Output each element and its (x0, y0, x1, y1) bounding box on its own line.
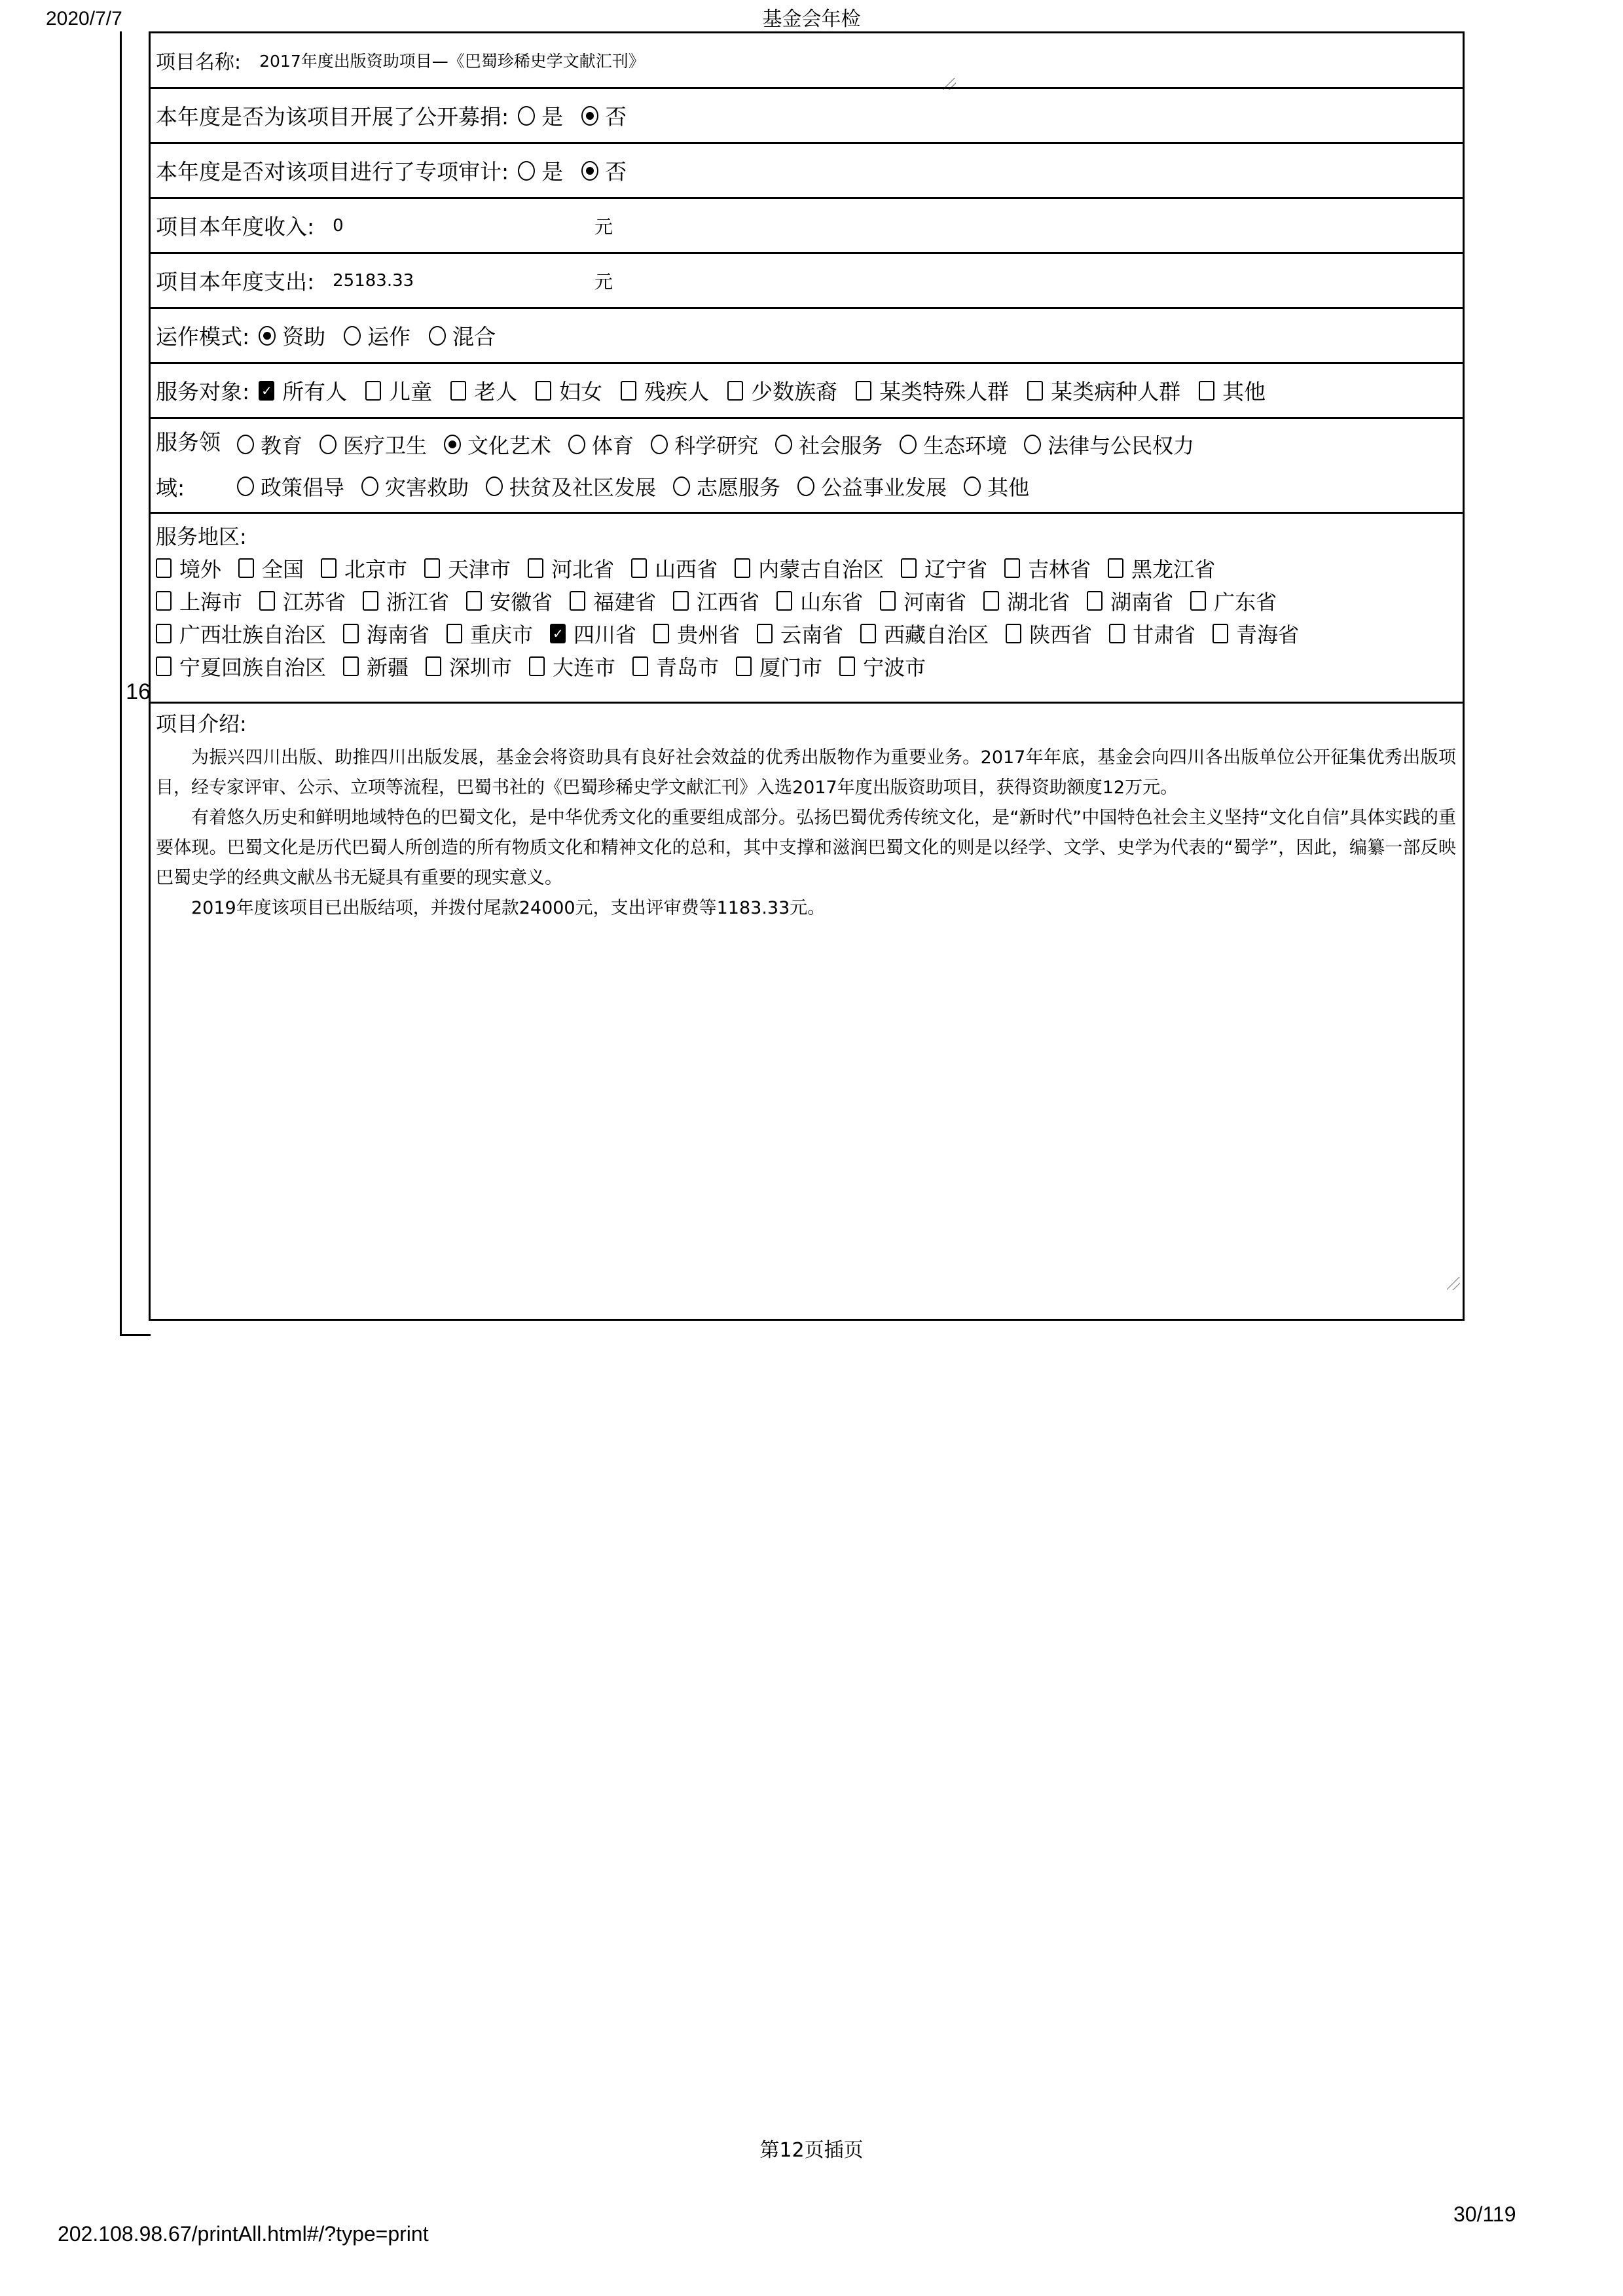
option-label: 儿童 (389, 375, 432, 406)
radio-icon[interactable] (518, 106, 535, 126)
option-label: 湖南省 (1110, 586, 1173, 616)
option-label: 文化艺术 (467, 429, 551, 459)
checkbox-icon[interactable] (736, 656, 752, 676)
document-title: 基金会年检 (0, 3, 1623, 31)
domain-science[interactable]: 科学研究 (651, 429, 758, 459)
radio-icon[interactable] (964, 476, 981, 496)
expenditure-value[interactable]: 25183.33 (333, 271, 414, 291)
radio-selected-icon[interactable] (444, 435, 461, 454)
region-heilongjiang[interactable]: 黑龙江省 (1108, 553, 1215, 583)
region-shenzhen[interactable]: 深圳市 (426, 651, 512, 681)
option-label: 内蒙古自治区 (758, 553, 884, 583)
region-dalian[interactable]: 大连市 (529, 651, 615, 681)
option-label: 宁波市 (863, 651, 926, 681)
domain-healthcare[interactable]: 医疗卫生 (319, 429, 427, 459)
checkbox-icon[interactable] (156, 624, 172, 643)
radio-icon[interactable] (518, 161, 535, 181)
radio-icon[interactable] (429, 326, 446, 346)
checkbox-icon[interactable] (880, 591, 896, 611)
radio-icon[interactable] (797, 476, 814, 496)
region-anhui[interactable]: 安徽省 (466, 586, 553, 616)
region-yunnan[interactable]: 云南省 (757, 619, 843, 649)
checkbox-checked-icon[interactable] (550, 624, 566, 643)
checkbox-icon[interactable] (1108, 558, 1123, 578)
domain-label-line2: 域: (156, 465, 228, 511)
region-shaanxi[interactable]: 陕西省 (1006, 619, 1092, 649)
option-label: 海南省 (367, 619, 429, 649)
checkbox-icon[interactable] (1027, 381, 1043, 401)
radio-icon[interactable] (319, 435, 337, 454)
option-label: 重庆市 (470, 619, 533, 649)
target-all[interactable]: 所有人 (259, 375, 347, 406)
option-label: 灾害救助 (385, 471, 469, 501)
checkbox-icon[interactable] (727, 381, 743, 401)
radio-icon[interactable] (486, 476, 503, 496)
option-label: 是 (541, 100, 563, 131)
region-shanxi[interactable]: 山西省 (631, 553, 718, 583)
option-label: 其他 (987, 471, 1029, 501)
checkbox-icon[interactable] (528, 558, 543, 578)
radio-icon[interactable] (237, 435, 254, 454)
option-label: 河南省 (903, 586, 966, 616)
row-number: 16 (122, 679, 151, 705)
checkbox-icon[interactable] (653, 624, 669, 643)
operation-mode-mixed[interactable]: 混合 (429, 320, 496, 351)
checkbox-icon[interactable] (363, 591, 378, 611)
resize-handle-icon[interactable] (943, 78, 956, 90)
option-label: 扶贫及社区发展 (509, 471, 656, 501)
option-label: 运作 (367, 320, 410, 351)
option-label: 西藏自治区 (884, 619, 989, 649)
introduction-label: 项目介绍: (156, 708, 1463, 738)
option-label: 体育 (592, 429, 634, 459)
region-tianjin[interactable]: 天津市 (424, 553, 511, 583)
option-label: 上海市 (179, 586, 242, 616)
checkbox-icon[interactable] (466, 591, 482, 611)
region-sichuan[interactable]: 四川省 (550, 619, 636, 649)
checkbox-icon[interactable] (1087, 591, 1103, 611)
domain-other[interactable]: 其他 (964, 471, 1029, 501)
checkbox-icon[interactable] (529, 656, 545, 676)
option-label: 福建省 (593, 586, 656, 616)
domain-disaster-relief[interactable]: 灾害救助 (361, 471, 469, 501)
region-fujian[interactable]: 福建省 (570, 586, 656, 616)
domain-sports[interactable]: 体育 (568, 429, 634, 459)
region-hainan[interactable]: 海南省 (343, 619, 429, 649)
domain-policy-advocacy[interactable]: 政策倡导 (237, 471, 344, 501)
region-line-2: 上海市 江苏省 浙江省 安徽省 福建省 江西省 山东省 河南省 湖北省 湖南省 … (156, 586, 1463, 616)
option-label: 是 (541, 155, 563, 186)
service-domain-label: 服务领 域: (156, 420, 228, 511)
option-label: 天津市 (448, 553, 511, 583)
region-overseas[interactable]: 境外 (156, 553, 221, 583)
target-elderly[interactable]: 老人 (450, 375, 517, 406)
service-domain-row: 服务领 域: 教育 医疗卫生 文化艺术 体育 科学研究 社会服务 生态环境 法律… (151, 419, 1463, 514)
domain-options-line1: 教育 医疗卫生 文化艺术 体育 科学研究 社会服务 生态环境 法律与公民权力 (228, 429, 1194, 459)
option-label: 公益事业发展 (821, 471, 947, 501)
checkbox-icon[interactable] (259, 591, 275, 611)
checkbox-icon[interactable] (735, 558, 750, 578)
checkbox-icon[interactable] (631, 558, 647, 578)
option-label: 广东省 (1214, 586, 1277, 616)
option-label: 老人 (474, 375, 517, 406)
option-label: 所有人 (282, 375, 347, 406)
radio-icon[interactable] (1024, 435, 1041, 454)
checkbox-icon[interactable] (839, 656, 855, 676)
service-targets-row: 服务对象: 所有人 儿童 老人 妇女 残疾人 少数族裔 某类特殊人群 某类病种人… (151, 364, 1463, 419)
checkbox-icon[interactable] (673, 591, 689, 611)
option-label: 广西壮族自治区 (179, 619, 326, 649)
checkbox-icon[interactable] (321, 558, 337, 578)
domain-label-line1: 服务领 (156, 420, 228, 465)
special-audit-row: 本年度是否对该项目进行了专项审计: 是 否 (151, 144, 1463, 199)
public-fundraising-yes[interactable]: 是 (518, 100, 563, 131)
checkbox-icon[interactable] (424, 558, 440, 578)
project-name-value[interactable]: 2017年度出版资助项目—《巴蜀珍稀史学文献汇刊》 (259, 48, 645, 72)
option-label: 生态环境 (923, 429, 1007, 459)
option-label: 残疾人 (644, 375, 709, 406)
option-label: 陕西省 (1029, 619, 1092, 649)
option-label: 少数族裔 (751, 375, 837, 406)
radio-icon[interactable] (651, 435, 668, 454)
option-label: 资助 (282, 320, 325, 351)
region-jiangsu[interactable]: 江苏省 (259, 586, 346, 616)
target-special-groups[interactable]: 某类特殊人群 (856, 375, 1009, 406)
checkbox-icon[interactable] (365, 381, 381, 401)
option-label: 青岛市 (656, 651, 719, 681)
checkbox-icon[interactable] (450, 381, 466, 401)
checkbox-icon[interactable] (343, 656, 359, 676)
checkbox-icon[interactable] (1109, 624, 1125, 643)
option-label: 吉林省 (1028, 553, 1091, 583)
domain-volunteer[interactable]: 志愿服务 (673, 471, 780, 501)
region-qingdao[interactable]: 青岛市 (632, 651, 719, 681)
option-label: 其他 (1222, 375, 1266, 406)
option-label: 否 (605, 155, 627, 186)
checkbox-icon[interactable] (1190, 591, 1206, 611)
option-label: 境外 (179, 553, 221, 583)
region-jiangxi[interactable]: 江西省 (673, 586, 759, 616)
region-guangdong[interactable]: 广东省 (1190, 586, 1277, 616)
option-label: 法律与公民权力 (1048, 429, 1194, 459)
project-name-label: 项目名称: (156, 46, 241, 75)
radio-icon[interactable] (673, 476, 690, 496)
page-counter: 30/119 (1453, 2202, 1516, 2227)
option-label: 安徽省 (490, 586, 553, 616)
region-zhejiang[interactable]: 浙江省 (363, 586, 449, 616)
checkbox-icon[interactable] (1006, 624, 1021, 643)
print-url: 202.108.98.67/printAll.html#/?type=print (58, 2222, 429, 2246)
radio-icon[interactable] (237, 476, 254, 496)
checkbox-icon[interactable] (1199, 381, 1214, 401)
option-label: 云南省 (780, 619, 843, 649)
option-label: 贵州省 (677, 619, 740, 649)
checkbox-icon[interactable] (1004, 558, 1020, 578)
domain-education[interactable]: 教育 (237, 429, 302, 459)
expenditure-label: 项目本年度支出: (156, 265, 314, 296)
option-label: 黑龙江省 (1131, 553, 1215, 583)
domain-public-welfare[interactable]: 公益事业发展 (797, 471, 947, 501)
checkbox-icon[interactable] (536, 381, 551, 401)
option-label: 山西省 (655, 553, 718, 583)
domain-culture-arts[interactable]: 文化艺术 (444, 429, 551, 459)
region-xinjiang[interactable]: 新疆 (343, 651, 409, 681)
region-shanghai[interactable]: 上海市 (156, 586, 242, 616)
checkbox-icon[interactable] (757, 624, 773, 643)
checkbox-icon[interactable] (860, 624, 876, 643)
radio-icon[interactable] (775, 435, 792, 454)
region-ningbo[interactable]: 宁波市 (839, 651, 926, 681)
radio-icon[interactable] (361, 476, 378, 496)
domain-poverty-community[interactable]: 扶贫及社区发展 (486, 471, 656, 501)
income-label: 项目本年度收入: (156, 210, 314, 241)
option-label: 甘肃省 (1133, 619, 1195, 649)
target-minorities[interactable]: 少数族裔 (727, 375, 837, 406)
option-label: 社会服务 (799, 429, 883, 459)
region-jilin[interactable]: 吉林省 (1004, 553, 1091, 583)
special-audit-no[interactable]: 否 (581, 155, 627, 186)
domain-law-civil-rights[interactable]: 法律与公民权力 (1024, 429, 1194, 459)
project-name-row: 项目名称: 2017年度出版资助项目—《巴蜀珍稀史学文献汇刊》 (151, 33, 1463, 89)
target-disabled[interactable]: 残疾人 (621, 375, 709, 406)
region-beijing[interactable]: 北京市 (321, 553, 407, 583)
region-henan[interactable]: 河南省 (880, 586, 966, 616)
operation-mode-row: 运作模式: 资助 运作 混合 (151, 309, 1463, 364)
checkbox-icon[interactable] (621, 381, 636, 401)
target-disease-groups[interactable]: 某类病种人群 (1027, 375, 1180, 406)
region-guizhou[interactable]: 贵州省 (653, 619, 740, 649)
radio-selected-icon[interactable] (581, 161, 598, 181)
checkbox-icon[interactable] (901, 558, 917, 578)
income-value[interactable]: 0 (333, 216, 344, 236)
checkbox-icon[interactable] (156, 591, 172, 611)
income-unit: 元 (594, 213, 613, 239)
region-gansu[interactable]: 甘肃省 (1109, 619, 1195, 649)
introduction-row: 项目介绍: 为振兴四川出版、助推四川出版发展，基金会将资助具有良好社会效益的优秀… (151, 704, 1463, 1293)
radio-selected-icon[interactable] (259, 326, 276, 346)
option-label: 新疆 (367, 651, 409, 681)
public-fundraising-row: 本年度是否为该项目开展了公开募捐: 是 否 (151, 89, 1463, 144)
income-row: 项目本年度收入: 0 元 (151, 199, 1463, 254)
checkbox-icon[interactable] (983, 591, 999, 611)
region-hubei[interactable]: 湖北省 (983, 586, 1070, 616)
option-label: 全国 (262, 553, 304, 583)
region-xiamen[interactable]: 厦门市 (736, 651, 822, 681)
expenditure-unit: 元 (594, 268, 613, 294)
radio-icon[interactable] (344, 326, 361, 346)
option-label: 北京市 (344, 553, 407, 583)
project-form: 项目名称: 2017年度出版资助项目—《巴蜀珍稀史学文献汇刊》 本年度是否为该项… (149, 31, 1465, 1321)
special-audit-yes[interactable]: 是 (518, 155, 563, 186)
resize-handle-icon[interactable] (1447, 1277, 1460, 1290)
option-label: 浙江省 (386, 586, 449, 616)
domain-environment[interactable]: 生态环境 (900, 429, 1007, 459)
checkbox-icon[interactable] (156, 656, 172, 676)
region-shandong[interactable]: 山东省 (776, 586, 863, 616)
checkbox-icon[interactable] (238, 558, 254, 578)
radio-icon[interactable] (900, 435, 917, 454)
option-label: 山东省 (800, 586, 863, 616)
region-line-4: 宁夏回族自治区 新疆 深圳市 大连市 青岛市 厦门市 宁波市 (156, 651, 1463, 681)
option-label: 厦门市 (759, 651, 822, 681)
target-children[interactable]: 儿童 (365, 375, 432, 406)
service-region-row: 服务地区: 境外 全国 北京市 天津市 河北省 山西省 内蒙古自治区 辽宁省 吉… (151, 514, 1463, 704)
region-qinghai[interactable]: 青海省 (1213, 619, 1299, 649)
option-label: 教育 (261, 429, 302, 459)
checkbox-icon[interactable] (156, 558, 172, 578)
option-label: 医疗卫生 (343, 429, 427, 459)
region-chongqing[interactable]: 重庆市 (447, 619, 533, 649)
checkbox-icon[interactable] (426, 656, 441, 676)
public-fundraising-no[interactable]: 否 (581, 100, 627, 131)
radio-icon[interactable] (568, 435, 585, 454)
page-insert-label: 第12页插页 (0, 2134, 1623, 2162)
region-inner-mongolia[interactable]: 内蒙古自治区 (735, 553, 884, 583)
public-fundraising-label: 本年度是否为该项目开展了公开募捐: (156, 100, 509, 131)
option-label: 某类特殊人群 (879, 375, 1009, 406)
region-hunan[interactable]: 湖南省 (1087, 586, 1173, 616)
region-liaoning[interactable]: 辽宁省 (901, 553, 987, 583)
option-label: 某类病种人群 (1051, 375, 1180, 406)
target-women[interactable]: 妇女 (536, 375, 602, 406)
expenditure-row: 项目本年度支出: 25183.33 元 (151, 254, 1463, 309)
option-label: 四川省 (574, 619, 636, 649)
introduction-textarea[interactable]: 为振兴四川出版、助推四川出版发展，基金会将资助具有良好社会效益的优秀出版物作为重… (156, 738, 1463, 924)
option-label: 江苏省 (283, 586, 346, 616)
checkbox-icon[interactable] (632, 656, 648, 676)
checkbox-icon[interactable] (1213, 624, 1228, 643)
checkbox-icon[interactable] (856, 381, 871, 401)
service-region-label: 服务地区: (156, 520, 1463, 550)
option-label: 志愿服务 (697, 471, 780, 501)
option-label: 大连市 (553, 651, 615, 681)
target-other[interactable]: 其他 (1199, 375, 1266, 406)
row-number-column: 16 (120, 31, 151, 1336)
option-label: 混合 (452, 320, 496, 351)
radio-selected-icon[interactable] (581, 106, 598, 126)
option-label: 湖北省 (1007, 586, 1070, 616)
checkbox-icon[interactable] (776, 591, 792, 611)
checkbox-checked-icon[interactable] (259, 381, 274, 401)
domain-options-line2: 政策倡导 灾害救助 扶贫及社区发展 志愿服务 公益事业发展 其他 (228, 471, 1194, 501)
domain-social-services[interactable]: 社会服务 (775, 429, 883, 459)
option-label: 河北省 (551, 553, 614, 583)
service-targets-label: 服务对象: (156, 375, 249, 406)
service-domain-options: 教育 医疗卫生 文化艺术 体育 科学研究 社会服务 生态环境 法律与公民权力 政… (228, 429, 1194, 501)
region-nationwide[interactable]: 全国 (238, 553, 304, 583)
option-label: 江西省 (697, 586, 759, 616)
operation-mode-operating[interactable]: 运作 (344, 320, 410, 351)
option-label: 辽宁省 (924, 553, 987, 583)
region-tibet[interactable]: 西藏自治区 (860, 619, 989, 649)
operation-mode-label: 运作模式: (156, 320, 249, 351)
region-line-3: 广西壮族自治区 海南省 重庆市 四川省 贵州省 云南省 西藏自治区 陕西省 甘肃… (156, 619, 1463, 649)
option-label: 宁夏回族自治区 (179, 651, 326, 681)
option-label: 科学研究 (674, 429, 758, 459)
option-label: 政策倡导 (261, 471, 344, 501)
option-label: 妇女 (559, 375, 602, 406)
option-label: 深圳市 (449, 651, 512, 681)
option-label: 青海省 (1236, 619, 1299, 649)
region-guangxi[interactable]: 广西壮族自治区 (156, 619, 326, 649)
region-line-1: 境外 全国 北京市 天津市 河北省 山西省 内蒙古自治区 辽宁省 吉林省 黑龙江… (156, 553, 1463, 583)
operation-mode-funding[interactable]: 资助 (259, 320, 325, 351)
region-ningxia[interactable]: 宁夏回族自治区 (156, 651, 326, 681)
intro-paragraph-2: 有着悠久历史和鲜明地域特色的巴蜀文化，是中华优秀文化的重要组成部分。弘扬巴蜀优秀… (156, 803, 1456, 893)
checkbox-icon[interactable] (447, 624, 462, 643)
checkbox-icon[interactable] (570, 591, 585, 611)
intro-paragraph-1: 为振兴四川出版、助推四川出版发展，基金会将资助具有良好社会效益的优秀出版物作为重… (156, 743, 1456, 803)
intro-paragraph-3: 2019年度该项目已出版结项，并拨付尾款24000元，支出评审费等1183.33… (156, 893, 1456, 924)
checkbox-icon[interactable] (343, 624, 359, 643)
special-audit-label: 本年度是否对该项目进行了专项审计: (156, 155, 509, 186)
option-label: 否 (605, 100, 627, 131)
region-hebei[interactable]: 河北省 (528, 553, 614, 583)
